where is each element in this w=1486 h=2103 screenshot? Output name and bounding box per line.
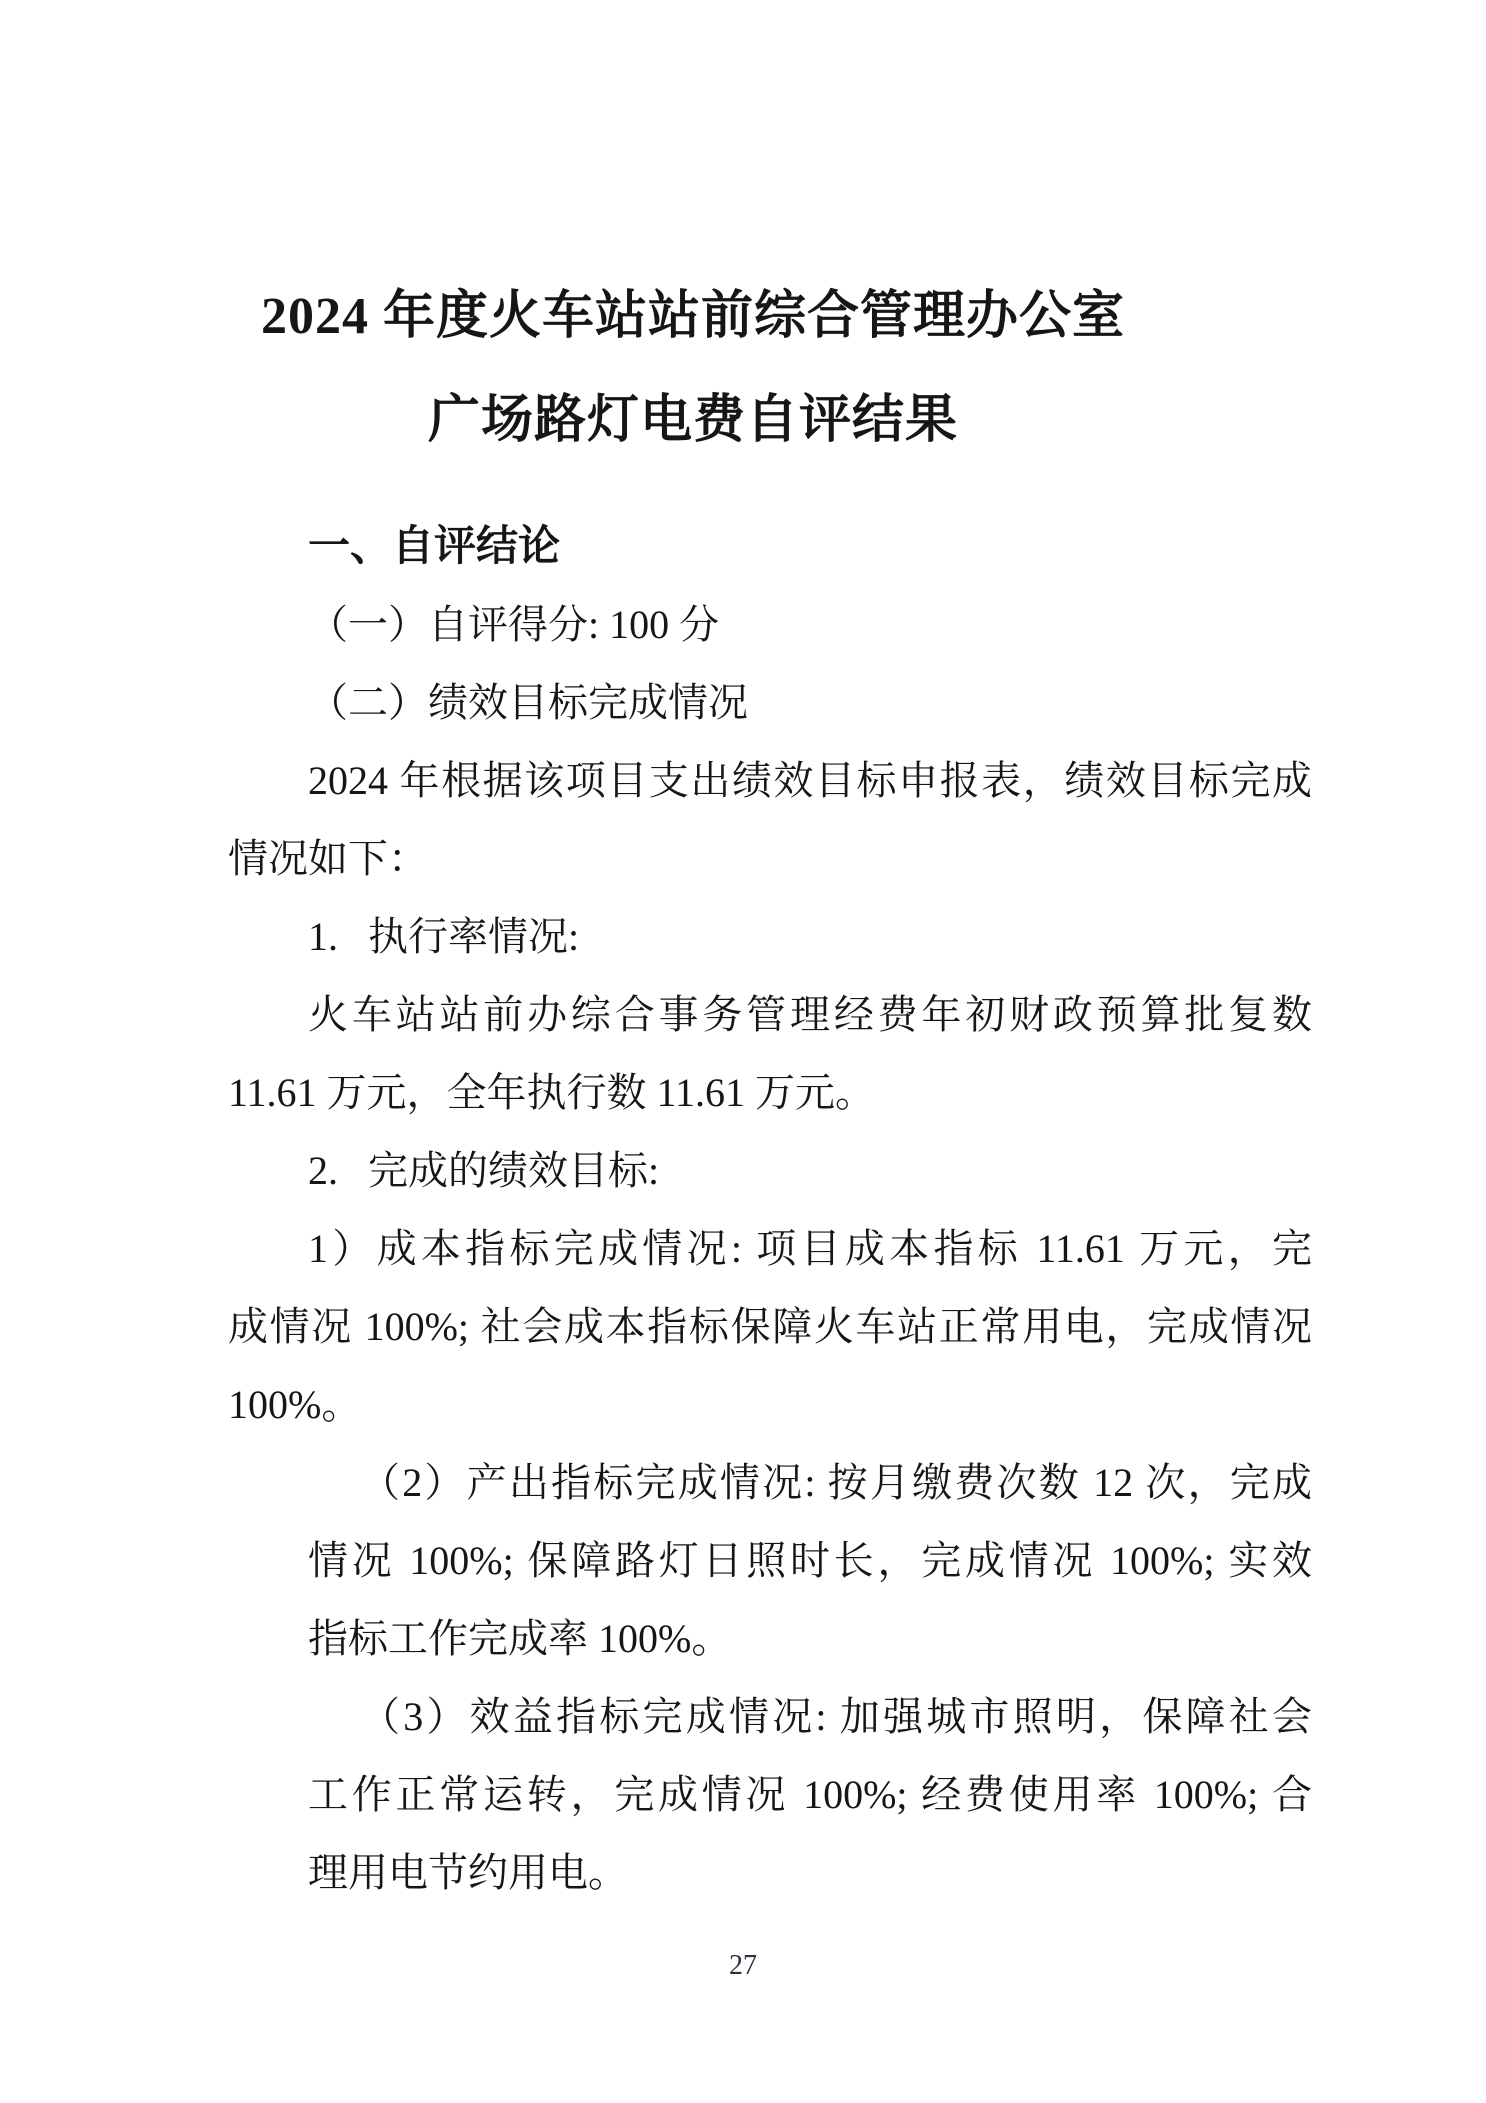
section-heading-self-evaluation-conclusion: 一、自评结论 (308, 522, 560, 572)
doc-line: 1）成本指标完成情况: 项目成本指标 11.61 万元，完 (308, 1224, 1312, 1274)
doc-line-benefit-indicator: （3）效益指标完成情况: 加强城市照明，保障社会 (360, 1692, 1312, 1742)
doc-line: 工作正常运转，完成情况 100%; 经费使用率 100%; 合 (308, 1770, 1312, 1820)
doc-line: 指标工作完成率 100%。 (308, 1614, 731, 1664)
page-number: 27 (0, 1950, 1486, 1982)
doc-line-output-indicator: （2）产出指标完成情况: 按月缴费次数 12 次，完成 (360, 1458, 1312, 1508)
doc-line: 2024 年根据该项目支出绩效目标申报表，绩效目标完成 (308, 756, 1312, 806)
doc-line-self-evaluation-score: （一）自评得分: 100 分 (308, 600, 719, 650)
document-page: 2024 年度火车站站前综合管理办公室 广场路灯电费自评结果 一、自评结论 （一… (0, 0, 1486, 2103)
doc-line: 情况如下： (228, 834, 428, 884)
doc-title-line-2: 广场路灯电费自评结果 (428, 392, 958, 450)
doc-line-execution-rate-heading: 1. 执行率情况: (308, 912, 579, 962)
doc-line: 100%。 (228, 1380, 361, 1430)
doc-title-line-1: 2024 年度火车站站前综合管理办公室 (261, 288, 1125, 346)
doc-line: 11.61 万元，全年执行数 11.61 万元。 (228, 1068, 875, 1118)
doc-line: 成情况 100%; 社会成本指标保障火车站正常用电，完成情况 (228, 1302, 1312, 1352)
doc-line: 火车站站前办综合事务管理经费年初财政预算批复数 (308, 990, 1312, 1040)
doc-line-performance-target-completion: （二）绩效目标完成情况 (308, 678, 748, 728)
doc-line: 情况 100%; 保障路灯日照时长，完成情况 100%; 实效 (308, 1536, 1312, 1586)
doc-line: 理用电节约用电。 (308, 1848, 628, 1898)
doc-line-completed-targets-heading: 2. 完成的绩效目标: (308, 1146, 659, 1196)
